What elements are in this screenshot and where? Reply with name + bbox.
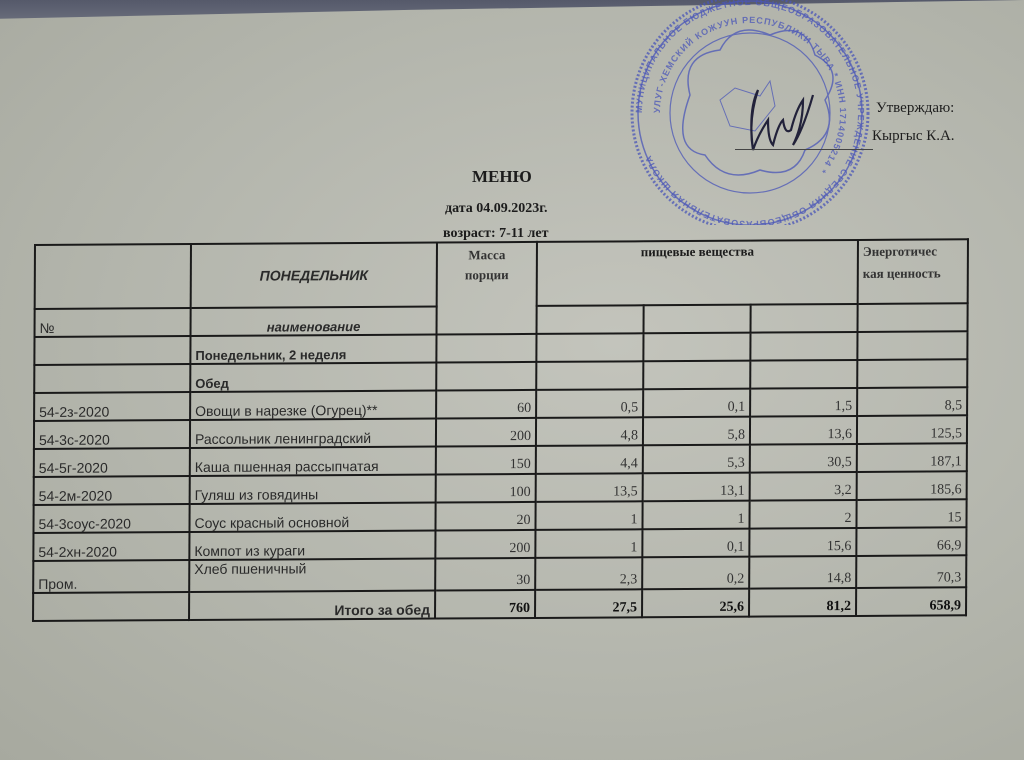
dish-code: 54-3соус-2020 bbox=[33, 504, 189, 533]
total-mass: 760 bbox=[435, 590, 535, 619]
header-empty bbox=[35, 244, 191, 309]
dish-fats: 0,1 bbox=[642, 529, 749, 558]
dish-code: 54-3с-2020 bbox=[34, 420, 190, 449]
dish-energy: 70,3 bbox=[856, 555, 966, 588]
signature-line bbox=[735, 149, 873, 150]
dish-fats: 0,2 bbox=[642, 557, 749, 590]
dish-mass: 150 bbox=[436, 446, 536, 475]
section-week: Понедельник, 2 неделя bbox=[190, 335, 436, 365]
dish-code: 54-2з-2020 bbox=[34, 392, 190, 421]
total-energy: 658,9 bbox=[856, 587, 966, 616]
header-energy: Энерготическая ценность bbox=[858, 239, 968, 304]
dish-name: Компот из кураги bbox=[189, 531, 435, 561]
header-carbs bbox=[751, 304, 858, 333]
menu-title: МЕНЮ bbox=[472, 167, 532, 187]
dish-proteins: 1 bbox=[535, 529, 642, 558]
approve-label: Утверждаю: bbox=[876, 100, 954, 117]
header-number: № bbox=[35, 308, 191, 337]
dish-carbs: 13,6 bbox=[750, 416, 857, 445]
menu-rows: 54-2з-2020Овощи в нарезке (Огурец)**600,… bbox=[33, 387, 967, 593]
approver-name: Кыргыс К.А. bbox=[872, 128, 955, 145]
dish-carbs: 1,5 bbox=[750, 388, 857, 417]
dish-carbs: 14,8 bbox=[749, 556, 856, 589]
section-meal: Обед bbox=[190, 363, 436, 393]
dish-fats: 1 bbox=[642, 501, 749, 530]
header-day: ПОНЕДЕЛЬНИК bbox=[191, 243, 437, 309]
dish-fats: 0,1 bbox=[643, 389, 750, 418]
official-stamp: МУНИЦИПАЛЬНОЕ БЮДЖЕТНОЕ ОБЩЕОБРАЗОВАТЕЛЬ… bbox=[625, 0, 875, 225]
header-energy-sub bbox=[858, 303, 968, 332]
dish-fats: 13,1 bbox=[643, 473, 750, 502]
dish-proteins: 13,5 bbox=[536, 473, 643, 502]
total-label: Итого за обед bbox=[189, 591, 435, 621]
dish-mass: 60 bbox=[436, 390, 536, 419]
dish-name: Хлеб пшеничный bbox=[189, 559, 435, 593]
dish-energy: 8,5 bbox=[857, 387, 967, 416]
dish-name: Рассольник ленинградский bbox=[190, 419, 436, 449]
signature bbox=[751, 90, 813, 150]
total-carbs: 81,2 bbox=[749, 588, 856, 617]
dish-mass: 20 bbox=[435, 502, 535, 531]
dish-proteins: 4,4 bbox=[536, 445, 643, 474]
total-row: Итого за обед 760 27,5 25,6 81,2 658,9 bbox=[33, 587, 966, 621]
dish-proteins: 4,8 bbox=[536, 417, 643, 446]
header-proteins bbox=[537, 305, 644, 334]
dish-energy: 187,1 bbox=[857, 443, 967, 472]
dish-mass: 30 bbox=[435, 558, 535, 591]
dish-carbs: 15,6 bbox=[749, 528, 856, 557]
menu-table: ПОНЕДЕЛЬНИК Массапорции пищевые вещества… bbox=[32, 238, 969, 622]
dish-code: Пром. bbox=[33, 560, 189, 593]
dish-name: Овощи в нарезке (Огурец)** bbox=[190, 391, 436, 421]
dish-carbs: 3,2 bbox=[750, 472, 857, 501]
dish-mass: 200 bbox=[436, 418, 536, 447]
svg-text:УЛУГ-ХЕМСКИЙ КОЖУУН РЕСПУБЛИКИ: УЛУГ-ХЕМСКИЙ КОЖУУН РЕСПУБЛИКИ ТЫВА * ИН… bbox=[652, 15, 848, 176]
dish-energy: 66,9 bbox=[856, 527, 966, 556]
dish-mass: 200 bbox=[435, 530, 535, 559]
dish-fats: 5,8 bbox=[643, 417, 750, 446]
header-fats bbox=[644, 305, 751, 334]
dish-proteins: 0,5 bbox=[536, 389, 643, 418]
menu-age: возраст: 7-11 лет bbox=[443, 226, 548, 242]
svg-text:МУНИЦИПАЛЬНОЕ БЮДЖЕТНОЕ ОБЩЕОБ: МУНИЦИПАЛЬНОЕ БЮДЖЕТНОЕ ОБЩЕОБРАЗОВАТЕЛЬ… bbox=[634, 0, 866, 225]
dish-name: Гуляш из говядины bbox=[190, 475, 436, 505]
dish-code: 54-2хн-2020 bbox=[33, 532, 189, 561]
dish-fats: 5,3 bbox=[643, 445, 750, 474]
menu-date: дата 04.09.2023г. bbox=[445, 201, 548, 217]
dish-code: 54-2м-2020 bbox=[34, 476, 190, 505]
dish-carbs: 30,5 bbox=[750, 444, 857, 473]
dish-mass: 100 bbox=[436, 474, 536, 503]
header-name: наименование bbox=[191, 307, 437, 337]
dish-name: Соус красный основной bbox=[189, 503, 435, 533]
dish-energy: 15 bbox=[856, 499, 966, 528]
dish-code: 54-5г-2020 bbox=[34, 448, 190, 477]
total-proteins: 27,5 bbox=[535, 589, 642, 618]
header-mass: Массапорции bbox=[437, 242, 537, 335]
dish-energy: 125,5 bbox=[857, 415, 967, 444]
header-nutrients: пищевые вещества bbox=[537, 240, 858, 306]
dish-proteins: 2,3 bbox=[535, 557, 642, 590]
dish-energy: 185,6 bbox=[857, 471, 967, 500]
dish-proteins: 1 bbox=[535, 501, 642, 530]
total-fats: 25,6 bbox=[642, 589, 749, 618]
dish-name: Каша пшенная рассыпчатая bbox=[190, 447, 436, 477]
dish-carbs: 2 bbox=[749, 500, 856, 529]
header-row-1: ПОНЕДЕЛЬНИК Массапорции пищевые вещества… bbox=[35, 239, 968, 309]
